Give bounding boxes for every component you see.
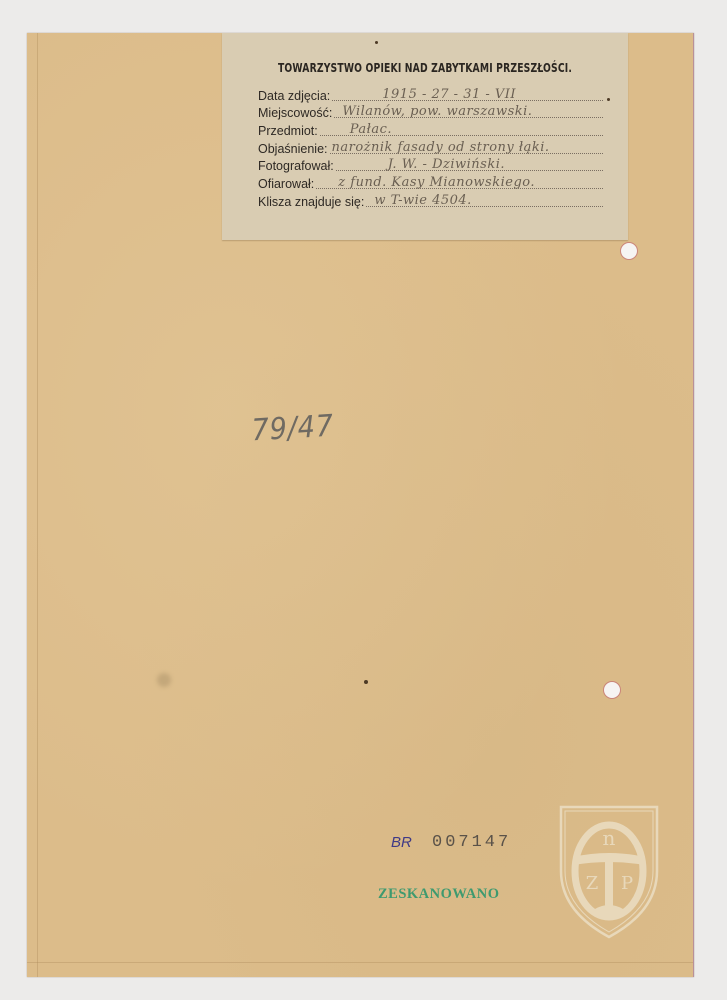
scanned-stamp: ZESKANOWANO (378, 886, 500, 903)
field-value: Wilanów, pow. warszawski. (342, 104, 532, 119)
svg-text:P: P (621, 873, 633, 894)
label-title: TOWARZYSTWO OPIEKI NAD ZABYTKAMI PRZESZŁ… (259, 60, 592, 75)
field-subject: Przedmiot: Pałac. (258, 121, 603, 139)
society-monogram-watermark-icon: n Z P (555, 801, 663, 943)
pencil-inventory-number: 79/47 (251, 409, 335, 449)
page-fold-bottom (27, 962, 693, 977)
field-value: J. W. - Dziwiński. (388, 157, 505, 172)
field-photo-date: Data zdjęcia: 1915 - 27 - 31 - VII (258, 86, 603, 104)
field-key: Data zdjęcia: (258, 89, 330, 104)
field-description: Objaśnienie: narożnik fasady od strony ł… (258, 139, 603, 157)
society-label-card: TOWARZYSTWO OPIEKI NAD ZABYTKAMI PRZESZŁ… (222, 33, 628, 240)
punch-hole-bottom (604, 682, 620, 698)
archival-sheet: TOWARZYSTWO OPIEKI NAD ZABYTKAMI PRZESZŁ… (27, 33, 694, 977)
speck (607, 98, 610, 101)
field-key: Klisza znajduje się: (258, 195, 364, 210)
field-value: Pałac. (350, 122, 392, 137)
punch-hole-top (621, 243, 637, 259)
field-donor: Ofiarował: z fund. Kasy Mianowskiego. (258, 174, 603, 192)
field-key: Objaśnienie: (258, 142, 328, 157)
field-value: 1915 - 27 - 31 - VII (382, 87, 516, 102)
catalog-prefix: BR (391, 834, 412, 851)
catalog-number-stamp: 007147 (432, 833, 511, 852)
field-photographer: Fotografował: J. W. - Dziwiński. (258, 157, 603, 175)
label-fields: Data zdjęcia: 1915 - 27 - 31 - VII Miejs… (258, 86, 603, 210)
field-location: Miejscowość: Wilanów, pow. warszawski. (258, 104, 603, 122)
field-value: z fund. Kasy Mianowskiego. (338, 175, 535, 190)
svg-text:Z: Z (586, 873, 599, 894)
pin-speck (375, 41, 378, 44)
field-negative-location: Klisza znajduje się: w T-wie 4504. (258, 192, 603, 210)
field-value: narożnik fasady od strony łąki. (332, 140, 550, 155)
speck (364, 680, 368, 684)
page-fold-left (27, 33, 38, 977)
field-key: Przedmiot: (258, 124, 318, 139)
stain (157, 673, 171, 687)
field-key: Ofiarował: (258, 177, 314, 192)
field-value: w T-wie 4504. (374, 193, 471, 208)
svg-text:n: n (603, 826, 616, 850)
